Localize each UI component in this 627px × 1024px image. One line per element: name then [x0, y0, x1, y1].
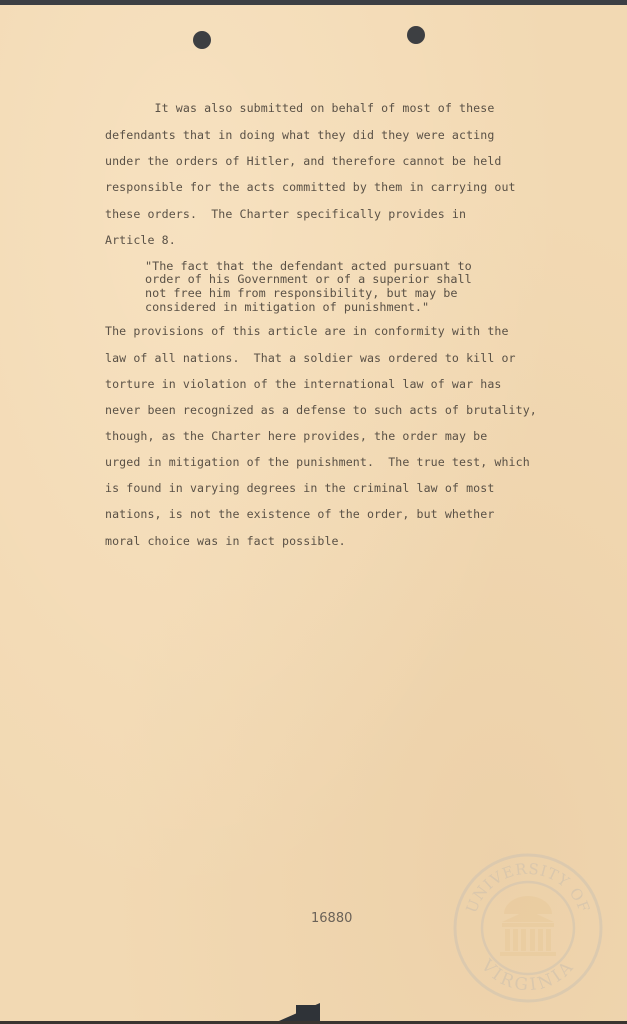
paragraph-1-line: under the orders of Hitler, and therefor…: [105, 154, 501, 168]
paragraph-2-line: nations, is not the existence of the ord…: [105, 507, 494, 521]
svg-text:VIRGINIA: VIRGINIA: [476, 955, 579, 995]
quote-line: "The fact that the defendant acted pursu…: [145, 259, 472, 273]
paragraph-2-line: though, as the Charter here provides, th…: [105, 429, 487, 443]
paragraph-2-line: never been recognized as a defense to su…: [105, 403, 537, 417]
paragraph-2-line: law of all nations. That a soldier was o…: [105, 351, 516, 365]
quote-line: order of his Government or of a superior…: [145, 272, 472, 286]
paragraph-1-line: responsible for the acts committed by th…: [105, 180, 516, 194]
paragraph-1-line: It was also submitted on behalf of most …: [105, 101, 494, 115]
quote-line: not free him from responsibility, but ma…: [145, 286, 458, 300]
paragraph-1-line: these orders. The Charter specifically p…: [105, 207, 466, 221]
rotunda-seal-icon: UNIVERSITY OF VIRGINIA: [452, 852, 604, 1004]
paragraph-2-line: The provisions of this article are in co…: [105, 324, 509, 338]
page-number: 16880: [311, 911, 352, 926]
punch-hole-icon: [407, 26, 425, 44]
punch-hole-icon: [193, 31, 211, 49]
paragraph-2-line: is found in varying degrees in the crimi…: [105, 481, 494, 495]
paragraph-1-line: Article 8.: [105, 233, 176, 247]
paragraph-2-line: torture in violation of the internationa…: [105, 377, 501, 391]
quote-line: considered in mitigation of punishment.": [145, 300, 429, 314]
paragraph-2-line: moral choice was in fact possible.: [105, 534, 346, 548]
paragraph-2-line: urged in mitigation of the punishment. T…: [105, 455, 530, 469]
paragraph-1-line: defendants that in doing what they did t…: [105, 128, 494, 142]
